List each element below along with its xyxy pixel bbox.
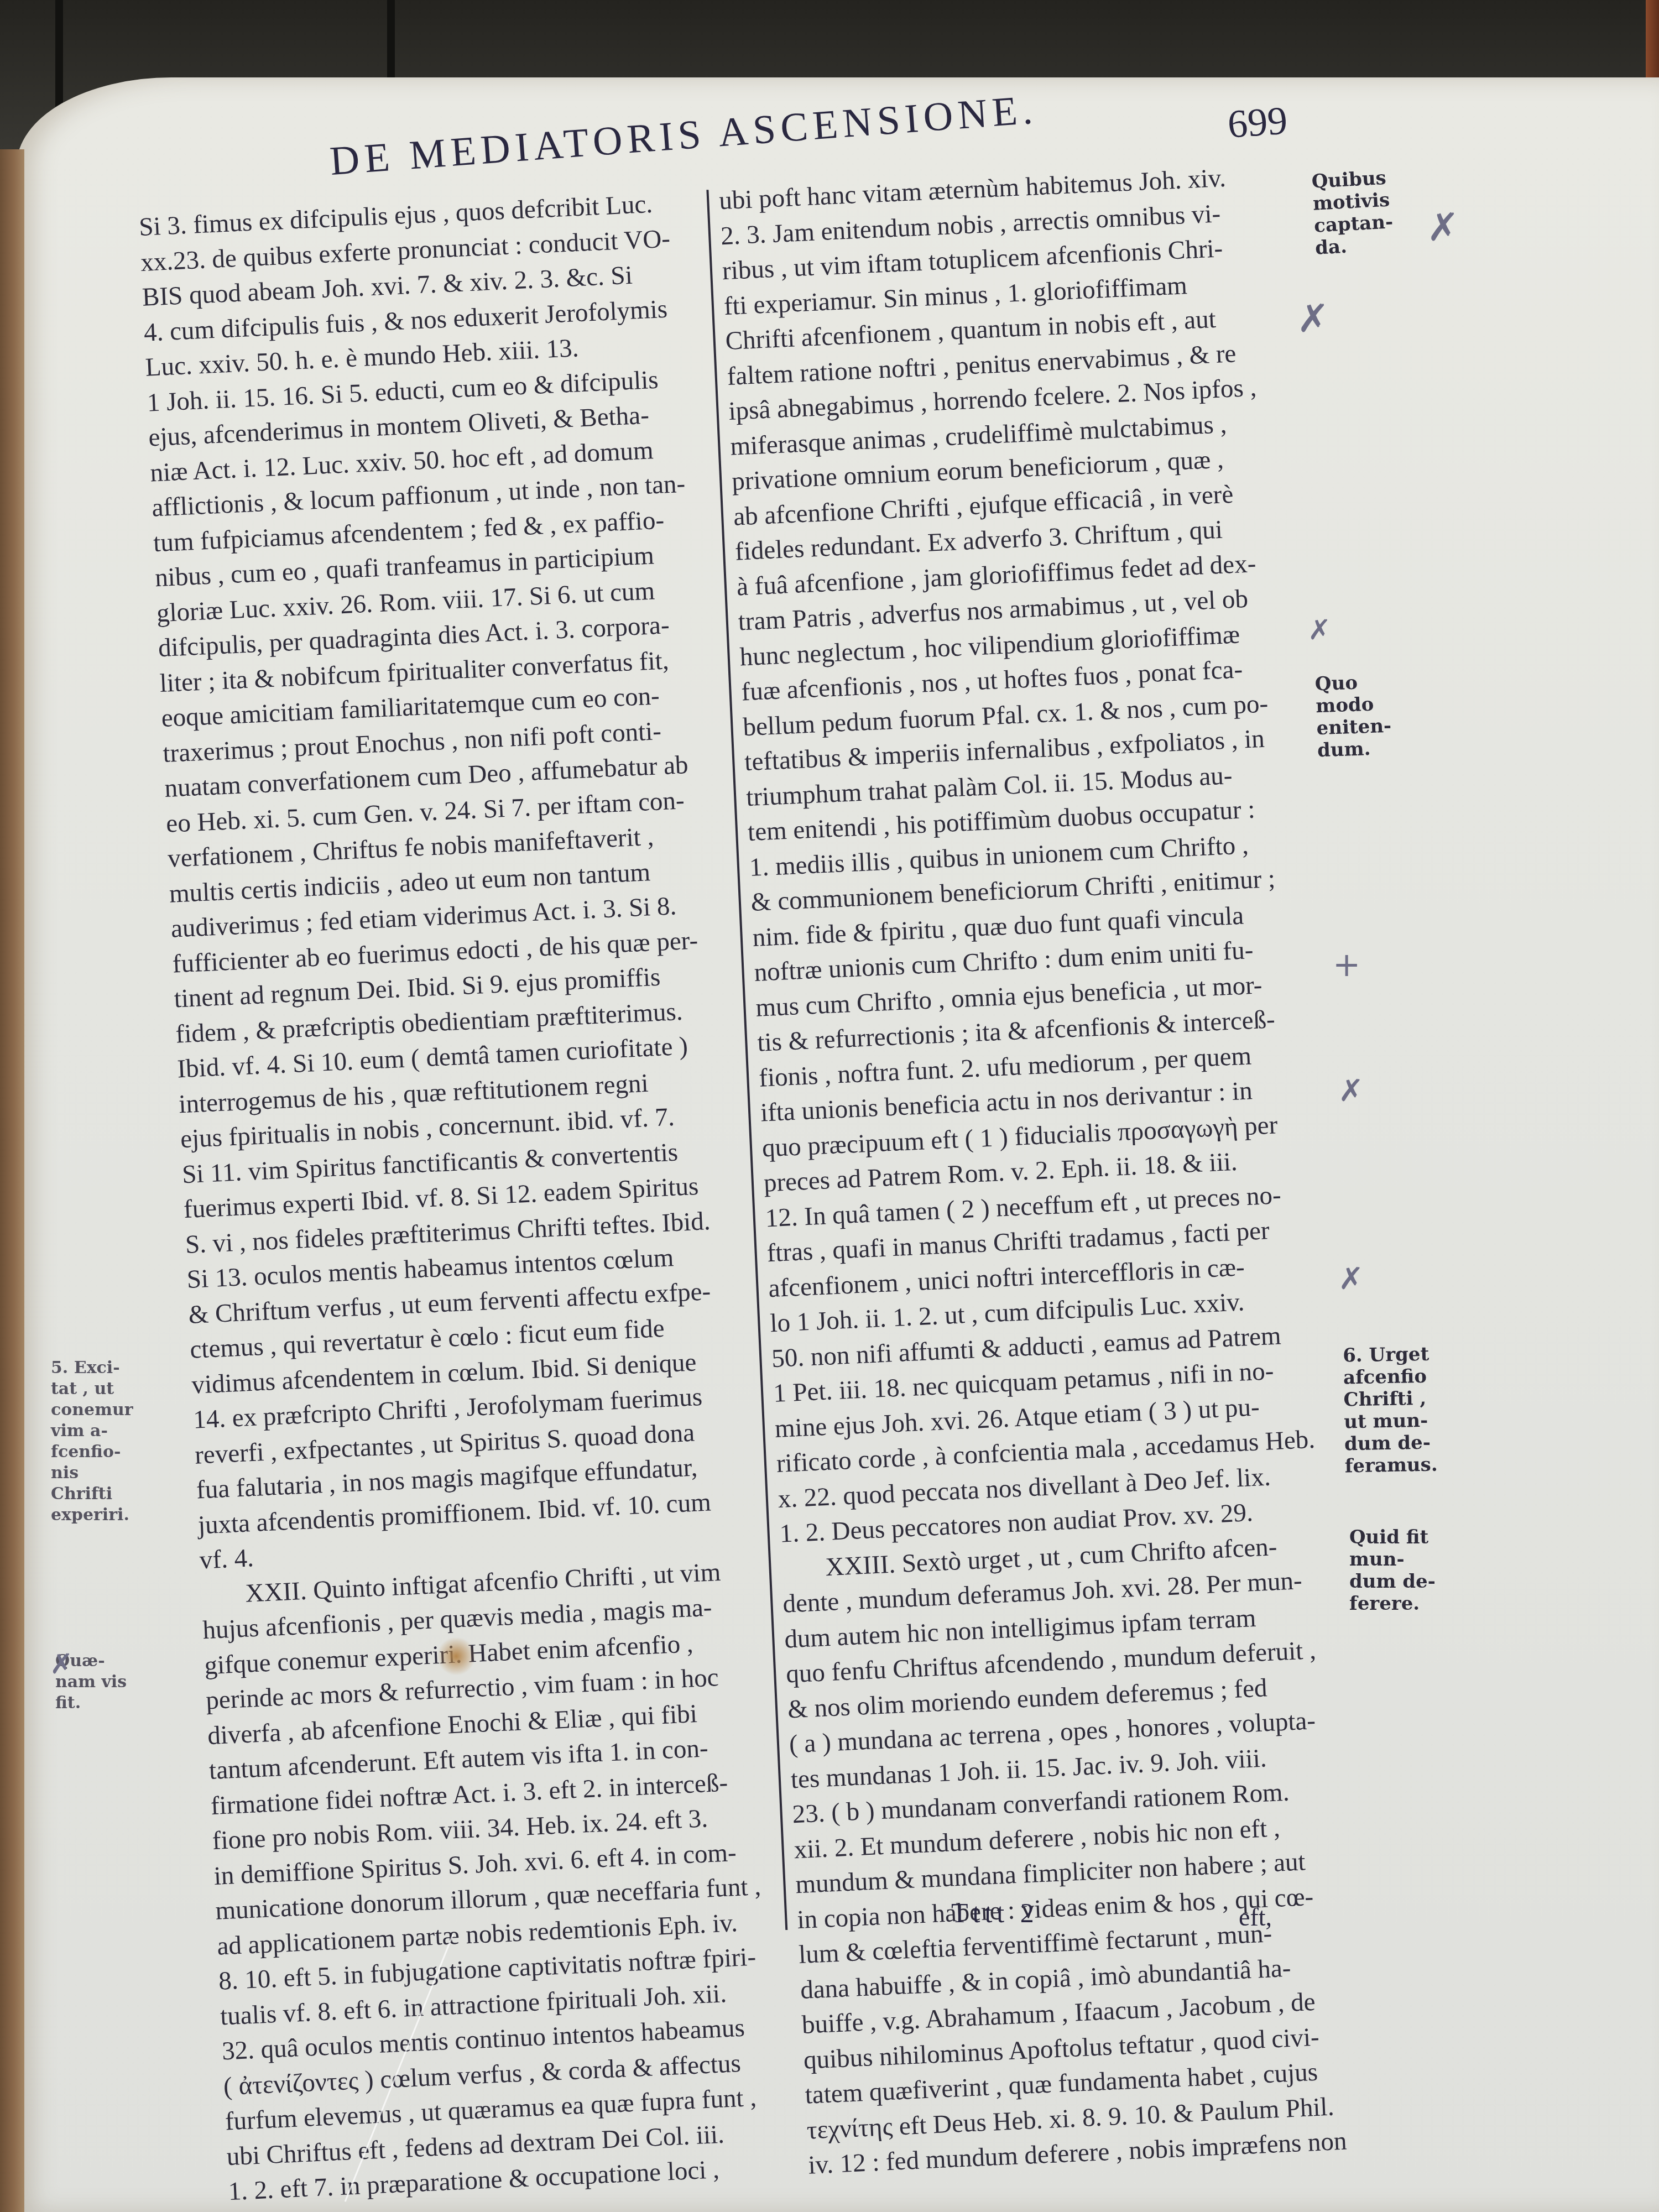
- pencil-cross-mark-icon: ✗: [1297, 296, 1329, 341]
- margin-note-line: vim a-: [51, 1421, 133, 1442]
- margin-note-line: fcenfio-: [51, 1442, 133, 1463]
- margin-note-excitat: 5. Exci- tat , ut conemur vim a- fcenfio…: [51, 1358, 133, 1526]
- margin-note-line: nis: [51, 1463, 133, 1484]
- margin-note-line: dum de-: [1344, 1432, 1438, 1455]
- margin-note-line: captan-: [1313, 211, 1394, 237]
- margin-note-line: conemur: [51, 1400, 133, 1421]
- margin-note-line: ut mun-: [1344, 1410, 1437, 1433]
- pencil-plus-mark-icon: +: [1333, 946, 1360, 984]
- pencil-cross-mark-icon: ✗: [1308, 614, 1331, 646]
- pencil-cross-mark-icon: ✗: [1338, 1261, 1364, 1296]
- left-column: Si 3. fimus ex difcipulis ejus , quos de…: [138, 185, 781, 2210]
- pencil-cross-mark-icon: ✗: [50, 1648, 73, 1680]
- paper-stain: [437, 1637, 476, 1676]
- margin-note-line: 5. Exci-: [51, 1358, 133, 1379]
- page-number: 699: [1226, 97, 1289, 147]
- signature-mark: Tttt 2: [951, 1897, 1039, 1929]
- margin-note-line: modo: [1316, 693, 1391, 718]
- margin-note-line: Quo: [1314, 671, 1390, 696]
- pencil-cross-mark-icon: ✗: [1427, 205, 1459, 250]
- margin-note-line: experiri.: [51, 1505, 133, 1526]
- margin-note-line: dum.: [1317, 737, 1392, 762]
- margin-note-line: Chrifti ,: [1343, 1387, 1437, 1411]
- margin-note-line: 6. Urget: [1343, 1343, 1436, 1367]
- margin-note-urget: 6. Urget afcenfio Chrifti , ut mun- dum …: [1343, 1343, 1438, 1478]
- margin-note-line: dum de-: [1349, 1571, 1436, 1593]
- margin-note-line: afcenfio: [1343, 1365, 1437, 1389]
- margin-note-quid-sit: Quid fit mun- dum de- ferere.: [1349, 1526, 1436, 1615]
- book-spine-shadow: [0, 149, 24, 2212]
- margin-note-line: eniten-: [1316, 715, 1392, 740]
- margin-note-line: tat , ut: [51, 1379, 133, 1400]
- right-column: ubi poft hanc vitam æternùm habitemus Jo…: [718, 156, 1417, 2183]
- margin-note-line: fit.: [55, 1693, 127, 1714]
- margin-note-quibus-motivis: Quibus motivis captan- da.: [1311, 166, 1395, 259]
- catchword: eft,: [1239, 1902, 1272, 1932]
- margin-note-line: Chrifti: [51, 1484, 133, 1505]
- margin-note-line: Quid fit: [1349, 1526, 1436, 1548]
- margin-note-quo-modo: Quo modo eniten- dum.: [1314, 671, 1392, 762]
- margin-note-line: da.: [1314, 233, 1395, 259]
- margin-note-line: mun-: [1349, 1548, 1436, 1571]
- pencil-cross-mark-icon: ✗: [1338, 1073, 1364, 1108]
- margin-note-line: feramus.: [1344, 1454, 1438, 1478]
- margin-note-line: ferere.: [1349, 1593, 1436, 1615]
